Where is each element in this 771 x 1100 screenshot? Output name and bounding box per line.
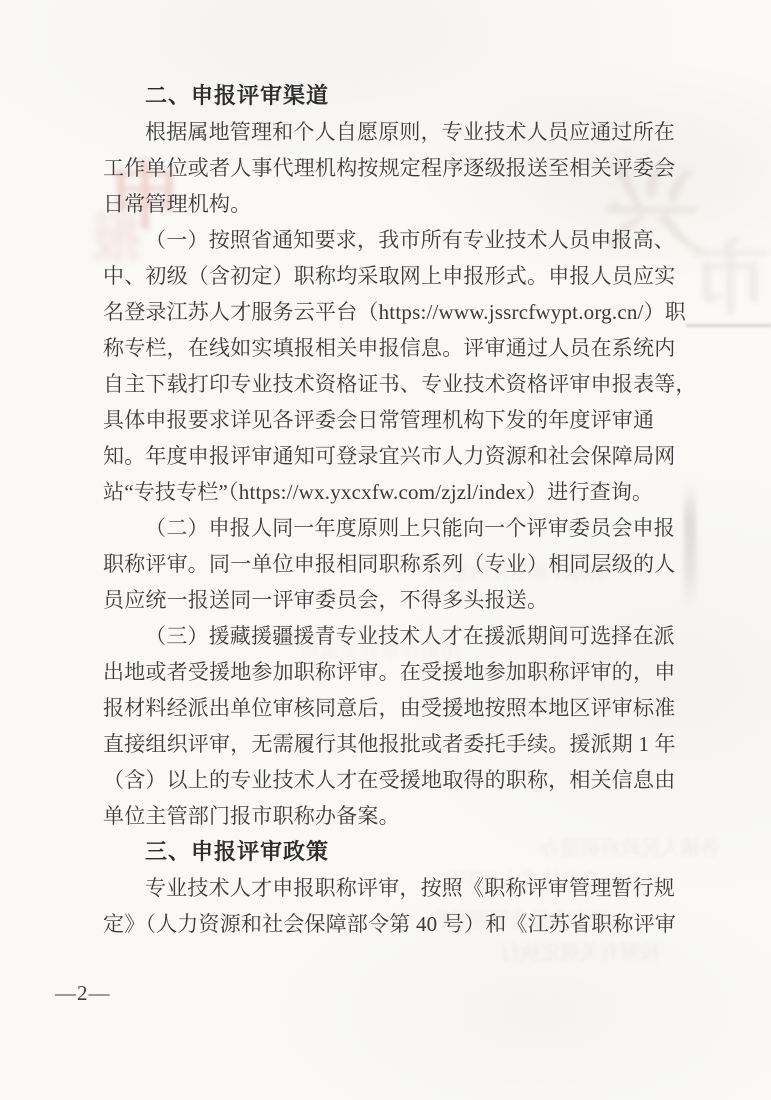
text-line: 定》（人力资源和社会保障部令第 40 号）和《江苏省职称评审 [103, 906, 703, 942]
text-line: 员应统一报送同一评审委员会，不得多头报送。 [103, 582, 703, 618]
text-line: 名登录江苏人才服务云平台（https://www.jssrcfwypt.org.… [103, 294, 703, 330]
text-line: 专业技术人才申报职称评审，按照《职称评审管理暂行规 [103, 870, 703, 906]
text-line: （二）申报人同一年度原则上只能向一个评审委员会申报 [103, 510, 703, 546]
text-line: （三）援藏援疆援青专业技术人才在援派期间可选择在派 [103, 618, 703, 654]
text-line: （含）以上的专业技术人才在受援地取得的职称，相关信息由 [103, 762, 703, 798]
text-line: 具体申报要求详见各评委会日常管理机构下发的年度评审通 [103, 402, 703, 438]
text-line: 知。年度申报评审通知可登录宜兴市人力资源和社会保障局网 [103, 438, 703, 474]
section-heading: 三、申报评审政策 [103, 834, 703, 870]
page-number: —2— [55, 981, 111, 1006]
text-line: 职称评审。同一单位申报相同职称系列（专业）相同层级的人 [103, 546, 703, 582]
document-body: 二、申报评审渠道根据属地管理和个人自愿原则，专业技术人员应通过所在工作单位或者人… [103, 78, 703, 942]
text-line: 单位主管部门报市职称办备案。 [103, 798, 703, 834]
text-line: 工作单位或者人事代理机构按规定程序逐级报送至相关评委会 [103, 150, 703, 186]
section-heading: 二、申报评审渠道 [103, 78, 703, 114]
text-line: 出地或者受援地参加职称评审。在受援地参加职称评审的，申 [103, 654, 703, 690]
page: 申 报 兴 市 职称评审工作的通知 申报评审有关事项 各镇人民政府街道办 专业技… [0, 0, 771, 1100]
text-line: 根据属地管理和个人自愿原则，专业技术人员应通过所在 [103, 114, 703, 150]
text-line: 报材料经派出单位审核同意后，由受援地按照本地区评审标准 [103, 690, 703, 726]
text-line: 直接组织评审，无需履行其他报批或者委托手续。援派期 1 年 [103, 726, 703, 762]
text-line: 站“专技专栏”（https://wx.yxcxfw.com/zjzl/index… [103, 474, 703, 510]
text-line: 自主下载打印专业技术资格证书、专业技术资格评审申报表等， [103, 366, 703, 402]
text-line: （一）按照省通知要求，我市所有专业技术人员申报高、 [103, 222, 703, 258]
text-line: 称专栏，在线如实填报相关申报信息。评审通过人员在系统内 [103, 330, 703, 366]
text-line: 中、初级（含初定）职称均采取网上申报形式。申报人员应实 [103, 258, 703, 294]
text-line: 日常管理机构。 [103, 186, 703, 222]
